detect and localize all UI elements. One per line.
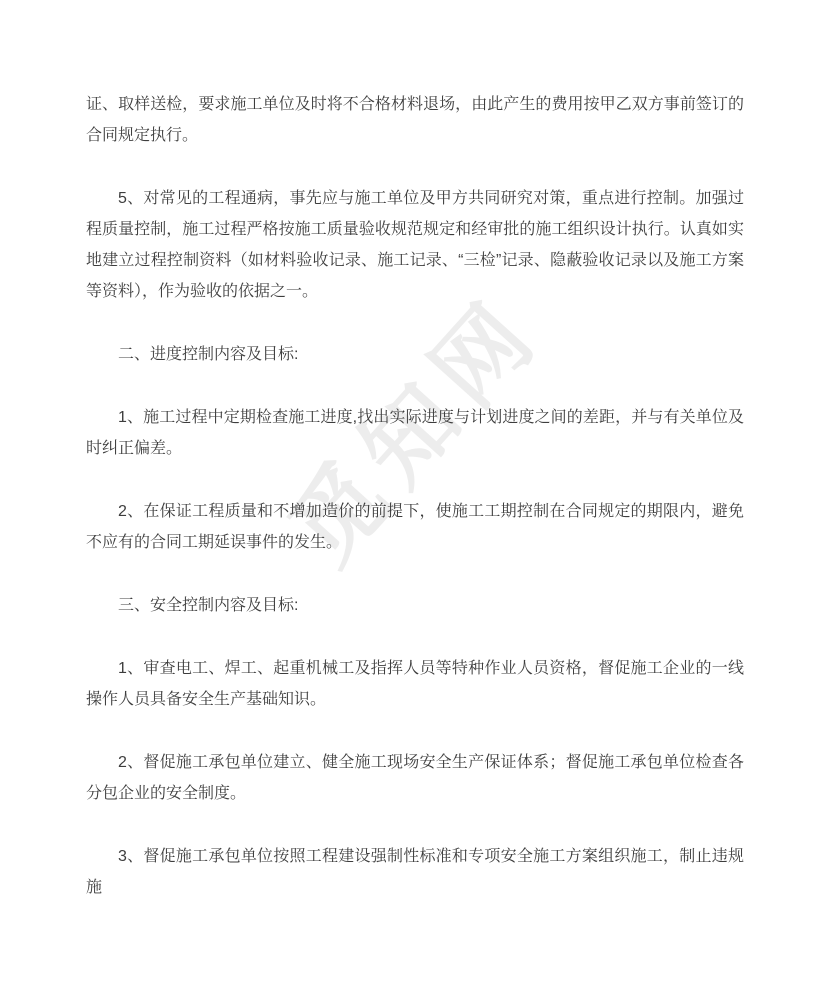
body-paragraph: 2、在保证工程质量和不增加造价的前提下，使施工工期控制在合同规定的期限内，避免不… bbox=[86, 496, 744, 558]
body-paragraph: 1、施工过程中定期检查施工进度,找出实际进度与计划进度之间的差距，并与有关单位及… bbox=[86, 402, 744, 464]
body-paragraph: 1、审查电工、焊工、起重机械工及指挥人员等特种作业人员资格，督促施工企业的一线操… bbox=[86, 653, 744, 715]
body-paragraph: 2、督促施工承包单位建立、健全施工现场安全生产保证体系；督促施工承包单位检查各分… bbox=[86, 747, 744, 809]
section-heading-safety-control: 三、安全控制内容及目标: bbox=[86, 590, 744, 621]
body-paragraph: 5、对常见的工程通病，事先应与施工单位及甲方共同研究对策，重点进行控制。加强过程… bbox=[86, 183, 744, 307]
document-content: 证、取样送检，要求施工单位及时将不合格材料退场，由此产生的费用按甲乙双方事前签订… bbox=[86, 89, 744, 903]
body-paragraph: 证、取样送检，要求施工单位及时将不合格材料退场，由此产生的费用按甲乙双方事前签订… bbox=[86, 89, 744, 151]
section-heading-progress-control: 二、进度控制内容及目标: bbox=[86, 339, 744, 370]
body-paragraph: 3、督促施工承包单位按照工程建设强制性标准和专项安全施工方案组织施工，制止违规施 bbox=[86, 841, 744, 903]
document-page: 觅知网 证、取样送检，要求施工单位及时将不合格材料退场，由此产生的费用按甲乙双方… bbox=[0, 0, 830, 986]
